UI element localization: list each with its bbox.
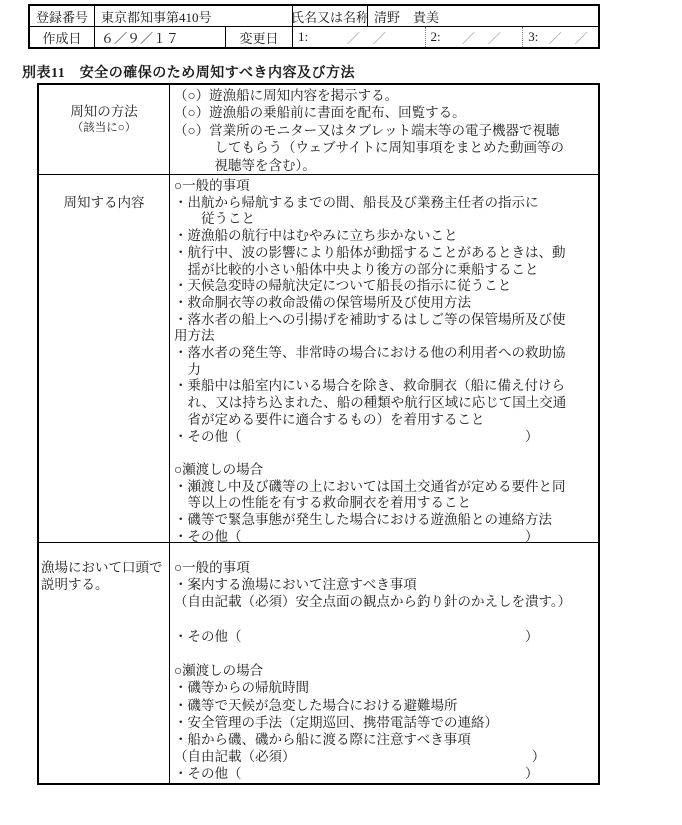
onsite-explain-label: 漁場において口頭で説明する。 [39, 543, 170, 783]
text-line: してもらう（ウェブサイトに周知事項をまとめた動画等の [174, 139, 598, 156]
changed-date-slots: 1: ／ ／ 2: ／ ／ 3: ／ ／ [292, 27, 598, 47]
text-line: （○）営業所のモニター又はタブレット端末等の電子機器で視聴 [174, 122, 598, 139]
header-row-dates: 作成日 ６／９／１７ 変更日 1: ／ ／ 2: ／ ／ 3: ／ ／ [30, 26, 598, 47]
created-date-value: ６／９／１７ [94, 27, 225, 47]
name-label: 氏名又は名称 [292, 6, 367, 26]
text-line: ○一般的事項 [174, 559, 598, 576]
change-slot-slashes: ／ ／ [441, 28, 523, 47]
text-line: ・天候急変時の帰航決定について船長の指示に従うこと [174, 278, 598, 295]
text-line: （○）遊漁船の乗船前に書面を配布、回覧する。 [174, 104, 598, 121]
text-line [174, 611, 598, 628]
text-line: ○瀬渡しの場合 [174, 462, 598, 479]
text-line: 周知の方法 [39, 103, 169, 120]
text-line: （該当に○） [39, 120, 169, 137]
name-value: 清野 貴美 [367, 6, 598, 26]
text-line: ○一般的事項 [174, 178, 598, 195]
change-slot-slashes: ／ ／ [538, 28, 598, 47]
notify-method-checklist: （○）遊漁船に周知内容を掲示する。（○）遊漁船の乗船前に書面を配布、回覧する。（… [170, 85, 598, 174]
text-line: ・出航から帰航するまでの間、船長及び業務主任者の指示に [174, 195, 598, 212]
text-line: 漁場において口頭で [41, 559, 169, 576]
text-line: ・航行中、波の影響により船体が動揺することがあるときは、動 [174, 245, 598, 262]
change-slot-number: 2: [431, 29, 441, 45]
change-slot-number: 3: [528, 29, 538, 45]
text-line: 等以上の性能を有する救命胴衣を着用すること [174, 495, 598, 512]
text-line: （自由記載（必須） ） [174, 748, 598, 765]
text-line: ・その他（ ） [174, 429, 598, 446]
text-line: ・案内する漁場において注意すべき事項 [174, 576, 598, 593]
changed-date-label: 変更日 [225, 27, 292, 47]
notify-content-row: 周知する内容 ○一般的事項・出航から帰航するまでの間、船長及び業務主任者の指示に… [39, 174, 598, 542]
change-slot-3: 3: ／ ／ [522, 27, 598, 47]
registration-value: 東京都知事第410号 [94, 6, 292, 26]
created-date-label: 作成日 [30, 27, 94, 47]
text-line: ・乗船中は船室内にいる場合を除き、救命胴衣（船に備え付けら [174, 378, 598, 395]
text-line: ・遊漁船の航行中はむやみに立ち歩かないこと [174, 228, 598, 245]
text-line: 視聴等を含む）。 [174, 157, 598, 174]
text-line: ・その他（ ） [174, 628, 598, 645]
text-line: れ、又は持ち込まれた、船の種類や航行区域に応じて国土交通 [174, 395, 598, 412]
text-line: ・落水者の発生等、非常時の場合における他の利用者への救助協 [174, 345, 598, 362]
text-line: 周知する内容 [39, 194, 169, 211]
text-line: 用方法 [174, 328, 598, 345]
onsite-explain-row: 漁場において口頭で説明する。 ○一般的事項・案内する漁場において注意すべき事項（… [39, 542, 598, 783]
document-page: { "title": "別表11 安全の確保のため周知すべき内容及び方法", "… [0, 0, 682, 825]
text-line: 説明する。 [41, 576, 169, 593]
text-line: ・船から磯、磯から船に渡る際に注意すべき事項 [174, 731, 598, 748]
text-line: （○）遊漁船に周知内容を掲示する。 [174, 87, 598, 104]
change-slot-slashes: ／ ／ [308, 28, 424, 47]
header-table: 登録番号 東京都知事第410号 氏名又は名称 清野 貴美 作成日 ６／９／１７ … [28, 4, 600, 49]
text-line: 省が定める要件に適合するもの）を着用すること [174, 412, 598, 429]
change-slot-number: 1: [298, 29, 308, 45]
text-line: 揺が比較的小さい船体中央より後方の部分に乗船すること [174, 262, 598, 279]
notify-content-label: 周知する内容 [39, 175, 170, 542]
text-line: ・磯等からの帰航時間 [174, 679, 598, 696]
text-line [174, 645, 598, 662]
text-line: ・その他（ ） [174, 765, 598, 782]
text-line: 力 [174, 362, 598, 379]
text-line [174, 445, 598, 462]
header-row-registration: 登録番号 東京都知事第410号 氏名又は名称 清野 貴美 [30, 6, 598, 26]
text-line: ・落水者の船上への引揚げを補助するはしご等の保管場所及び使 [174, 312, 598, 329]
text-line: ・安全管理の手法（定期巡回、携帯電話等での連絡） [174, 714, 598, 731]
text-line: （自由記載（必須）安全点面の観点から釣り針のかえしを潰す。） [174, 593, 598, 610]
change-slot-2: 2: ／ ／ [425, 27, 523, 47]
text-line: ・磯等で緊急事態が発生した場合における遊漁船との連絡方法 [174, 512, 598, 529]
change-slot-1: 1: ／ ／ [293, 27, 425, 47]
onsite-explain-text: ○一般的事項・案内する漁場において注意すべき事項（自由記載（必須）安全点面の観点… [170, 543, 598, 783]
notify-content-text: ○一般的事項・出航から帰航するまでの間、船長及び業務主任者の指示に 従うこと・遊… [170, 175, 598, 542]
text-line: ・瀬渡し中及び磯等の上においては国土交通省が定める要件と同 [174, 479, 598, 496]
notify-method-row: 周知の方法（該当に○） （○）遊漁船に周知内容を掲示する。（○）遊漁船の乗船前に… [39, 85, 598, 174]
notify-method-label: 周知の方法（該当に○） [39, 85, 170, 174]
text-line: ・磯等で天候が急変した場合における避難場所 [174, 697, 598, 714]
registration-label: 登録番号 [30, 6, 94, 26]
main-table: 周知の方法（該当に○） （○）遊漁船に周知内容を掲示する。（○）遊漁船の乗船前に… [37, 83, 600, 785]
document-title: 別表11 安全の確保のため周知すべき内容及び方法 [22, 62, 355, 82]
text-line: ・救命胴衣等の救命設備の保管場所及び使用方法 [174, 295, 598, 312]
text-line: ○瀬渡しの場合 [174, 662, 598, 679]
text-line: 従うこと [174, 211, 598, 228]
